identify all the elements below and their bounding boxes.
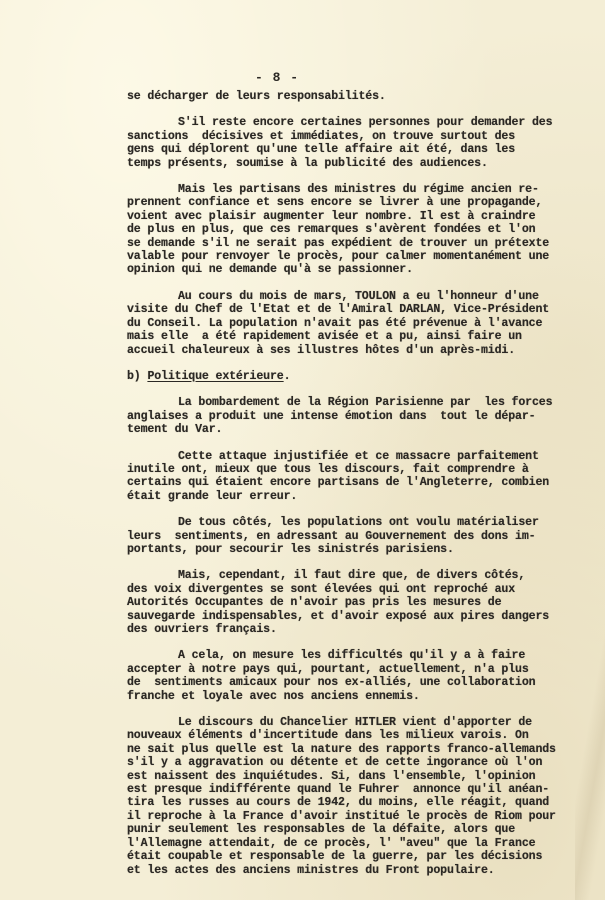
- text-line: tement du Var.: [127, 423, 597, 436]
- text-line: inutile ont, mieux que tous les discours…: [127, 463, 597, 476]
- paragraph-hitler-speech: Le discours du Chancelier HITLER vient d…: [127, 716, 597, 877]
- paper-crease: [575, 620, 605, 900]
- text-line: Cette attaque injustifiée et ce massacre…: [127, 450, 597, 463]
- text-line: se demande s'il ne serait pas expédient …: [127, 237, 597, 250]
- text-line: il reproche à la France d'avoir institué…: [127, 810, 597, 823]
- text-line: De tous côtés, les populations ont voulu…: [127, 516, 597, 529]
- text-line: anglaises a produit une intense émotion …: [127, 410, 597, 423]
- text-line: était coupable et responsable de la guer…: [127, 850, 597, 863]
- page-number: - 8 -: [255, 70, 299, 85]
- text-line: visite du Chef de l'Etat et de l'Amiral …: [127, 303, 597, 316]
- text-line: S'il reste encore certaines personnes po…: [127, 116, 597, 129]
- text-line: du Conseil. La population n'avait pas ét…: [127, 317, 597, 330]
- text-line: temps présents, soumise à la publicité d…: [127, 157, 597, 170]
- text-line: La bombardement de la Région Parisienne …: [127, 396, 597, 409]
- text-line: est naissent des inquiétudes. Si, dans l…: [127, 770, 597, 783]
- paragraph-sanctions: S'il reste encore certaines personnes po…: [127, 116, 597, 170]
- text-line: des ouvriers français.: [127, 623, 597, 636]
- text-line: prennent confiance et sens encore se liv…: [127, 196, 597, 209]
- text-line: l'Allemagne attendait, de ce procès, l' …: [127, 837, 597, 850]
- text-line: de plus en plus, que ces remarques s'avè…: [127, 223, 597, 236]
- text-line: Mais, cependant, il faut dire que, de di…: [127, 569, 597, 582]
- text-line: accepter à notre pays qui, pourtant, act…: [127, 663, 597, 676]
- text-line: voient avec plaisir augmenter leur nombr…: [127, 210, 597, 223]
- paragraph-divergent-voices: Mais, cependant, il faut dire que, de di…: [127, 569, 597, 636]
- text-line: s'il y a aggravation ou détente et de ce…: [127, 756, 597, 769]
- section-heading-suffix: .: [284, 370, 291, 383]
- text-line: opinion qui ne demande qu'à se passionne…: [127, 263, 597, 276]
- text-line: certains qui étaient encore partisans de…: [127, 476, 597, 489]
- paragraph-partisans: Mais les partisans des ministres du régi…: [127, 183, 597, 277]
- text-line: et les actes des anciens ministres du Fr…: [127, 864, 597, 877]
- text-line: Le discours du Chancelier HITLER vient d…: [127, 716, 597, 729]
- section-heading-prefix: b): [127, 370, 147, 383]
- section-heading-title: Politique extérieure: [147, 370, 283, 383]
- text-line: A cela, on mesure les difficultés qu'il …: [127, 649, 597, 662]
- text-line: des voix divergentes se sont élevées qui…: [127, 583, 597, 596]
- text-line: était grande leur erreur.: [127, 490, 597, 503]
- text-line: punir seulement les responsables de la d…: [127, 823, 597, 836]
- text-line: nouveaux éléments d'incertitude dans les…: [127, 729, 597, 742]
- text-line: est presque indifférente quand le Fuhrer…: [127, 783, 597, 796]
- text-line: sanctions décisives et immédiates, on tr…: [127, 130, 597, 143]
- text-line: tira les russes au cours de 1942, du moi…: [127, 796, 597, 809]
- text-line: de sentiments amicaux pour nos ex-alliés…: [127, 676, 597, 689]
- text-line: gens qui déplorent qu'une telle affaire …: [127, 143, 597, 156]
- text-line: sauvegarde indispensables, et d'avoir ex…: [127, 610, 597, 623]
- paragraph-bombardment: La bombardement de la Région Parisienne …: [127, 396, 597, 436]
- text-line: franche et loyale avec nos anciens ennem…: [127, 690, 597, 703]
- text-line: portants, pour secourir les sinistrés pa…: [127, 543, 597, 556]
- paragraph-toulon-visit: Au cours du mois de mars, TOULON a eu l'…: [127, 290, 597, 357]
- paragraph-continuation: se décharger de leurs responsabilités.: [127, 90, 597, 103]
- text-line: ne sait plus quelle est la nature des ra…: [127, 743, 597, 756]
- document-body: se décharger de leurs responsabilités. S…: [127, 90, 597, 890]
- text-line: se décharger de leurs responsabilités.: [127, 90, 597, 103]
- text-line: Mais les partisans des ministres du régi…: [127, 183, 597, 196]
- paragraph-difficulties: A cela, on mesure les difficultés qu'il …: [127, 649, 597, 703]
- text-line: Autorités Occupantes de n'avoir pas pris…: [127, 596, 597, 609]
- text-line: valable pour renvoyer le procès, pour ca…: [127, 250, 597, 263]
- section-heading: b) Politique extérieure.: [127, 370, 597, 383]
- text-line: leurs sentiments, en adressant au Gouver…: [127, 530, 597, 543]
- text-line: Au cours du mois de mars, TOULON a eu l'…: [127, 290, 597, 303]
- text-line: mais elle a été rapidement avisée et a p…: [127, 330, 597, 343]
- paragraph-donations: De tous côtés, les populations ont voulu…: [127, 516, 597, 556]
- paragraph-attack: Cette attaque injustifiée et ce massacre…: [127, 450, 597, 504]
- text-line: accueil chaleureux à ses illustres hôtes…: [127, 344, 597, 357]
